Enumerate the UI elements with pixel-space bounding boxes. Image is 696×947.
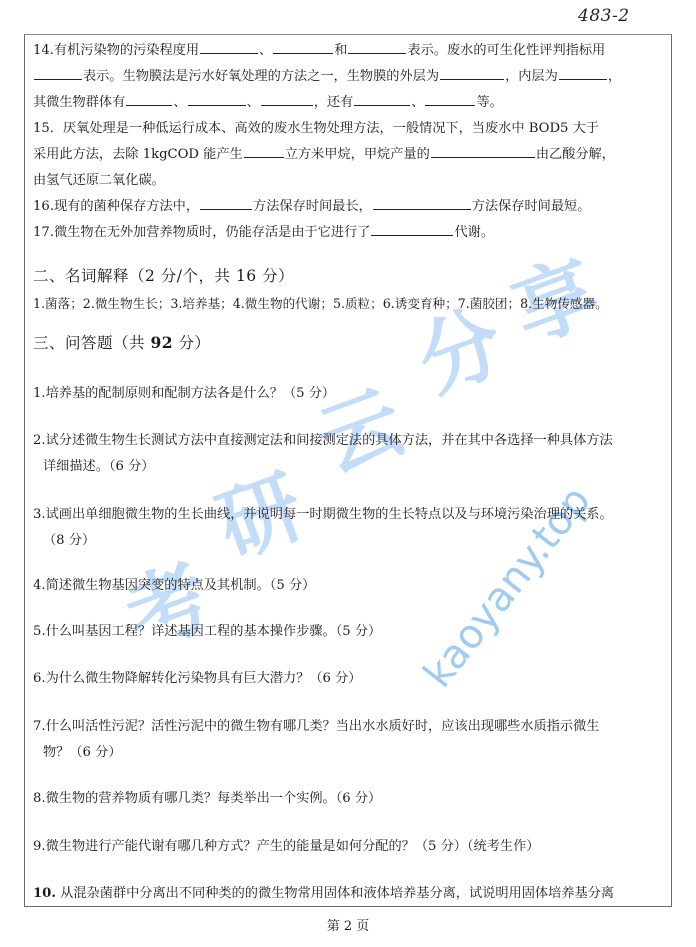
question-3-7-line-2: 物？（6 分）	[43, 741, 667, 764]
section-2-title: 二、名词解释（2 分/个，共 16 分）	[33, 265, 667, 288]
answer-blank[interactable]	[348, 39, 406, 54]
question-14-line-3: 其微生物群体有、、，还有、等。	[33, 91, 667, 114]
exam-page-frame: 14.有机污染物的污染程度用、和表示。废水的可生化性评判指标用 表示。生物膜法是…	[24, 34, 672, 907]
question-3-2-line-2: 详细描述。（6 分）	[43, 455, 667, 478]
question-15-line-3: 由氢气还原二氧化碳。	[33, 169, 667, 192]
answer-blank[interactable]	[261, 91, 313, 106]
answer-blank[interactable]	[34, 65, 82, 80]
question-3-1: 1.培养基的配制原则和配制方法各是什么？（5 分）	[33, 382, 667, 405]
answer-blank[interactable]	[373, 195, 471, 210]
question-3-4: 4.简述微生物基因突变的特点及其机制。（5 分）	[33, 574, 667, 597]
question-14-line-2: 表示。生物膜法是污水好氧处理的方法之一，生物膜的外层为，内层为，	[33, 65, 667, 88]
answer-blank[interactable]	[371, 221, 453, 236]
question-3-8: 8.微生物的营养物质有哪几类？每类举出一个实例。（6 分）	[33, 787, 667, 810]
answer-blank[interactable]	[200, 195, 252, 210]
question-3-6: 6.为什么微生物降解转化污染物具有巨大潜力？（6 分）	[33, 667, 667, 690]
answer-blank[interactable]	[188, 91, 246, 106]
answer-blank[interactable]	[431, 143, 535, 158]
question-3-5: 5.什么叫基因工程？详述基因工程的基本操作步骤。（5 分）	[33, 620, 667, 643]
answer-blank[interactable]	[200, 39, 258, 54]
section-3-title: 三、问答题（共 92 分）	[33, 331, 667, 355]
question-17: 17.微生物在无外加营养物质时，仍能存活是由于它进行了代谢。	[33, 221, 667, 244]
question-3-2-line-1: 2.试分述微生物生长测试方法中直接测定法和间接测定法的具体方法，并在其中各选择一…	[33, 429, 667, 452]
section-2-terms: 1.菌落；2.微生物生长；3.培养基；4.微生物的代谢；5.质粒；6.诱变育种；…	[33, 292, 667, 315]
page-code: 483-2	[578, 6, 630, 26]
question-3-9: 9.微生物进行产能代谢有哪几种方式？产生的能量是如何分配的？（5 分）（统考生作…	[33, 835, 667, 858]
answer-blank[interactable]	[244, 143, 284, 158]
answer-blank[interactable]	[273, 39, 333, 54]
answer-blank[interactable]	[440, 65, 504, 80]
answer-blank[interactable]	[559, 65, 607, 80]
question-16: 16.现有的菌种保存方法中，方法保存时间最长，方法保存时间最短。	[33, 195, 667, 218]
question-15-line-1: 15．厌氧处理是一种低运行成本、高效的废水生物处理方法，一般情况下，当废水中 B…	[33, 117, 667, 140]
answer-blank[interactable]	[425, 91, 475, 106]
question-3-3-line-1: 3.试画出单细胞微生物的生长曲线，并说明每一时期微生物的生长特点以及与环境污染治…	[33, 503, 667, 526]
question-15-line-2: 采用此方法，去除 1kgCOD 能产生立方米甲烷，甲烷产量的由乙酸分解，	[33, 143, 667, 166]
answer-blank[interactable]	[126, 91, 172, 106]
question-14-line-1: 14.有机污染物的污染程度用、和表示。废水的可生化性评判指标用	[33, 39, 667, 62]
question-3-3-line-2: （8 分）	[43, 529, 667, 552]
answer-blank[interactable]	[354, 91, 410, 106]
page-number: 第 2 页	[0, 915, 696, 934]
question-3-7-line-1: 7.什么叫活性污泥？活性污泥中的微生物有哪几类？当出水水质好时，应该出现哪些水质…	[33, 715, 667, 738]
question-3-10: 10. 从混杂菌群中分离出不同种类的的微生物常用固体和液体培养基分离，试说明用固…	[33, 882, 667, 905]
